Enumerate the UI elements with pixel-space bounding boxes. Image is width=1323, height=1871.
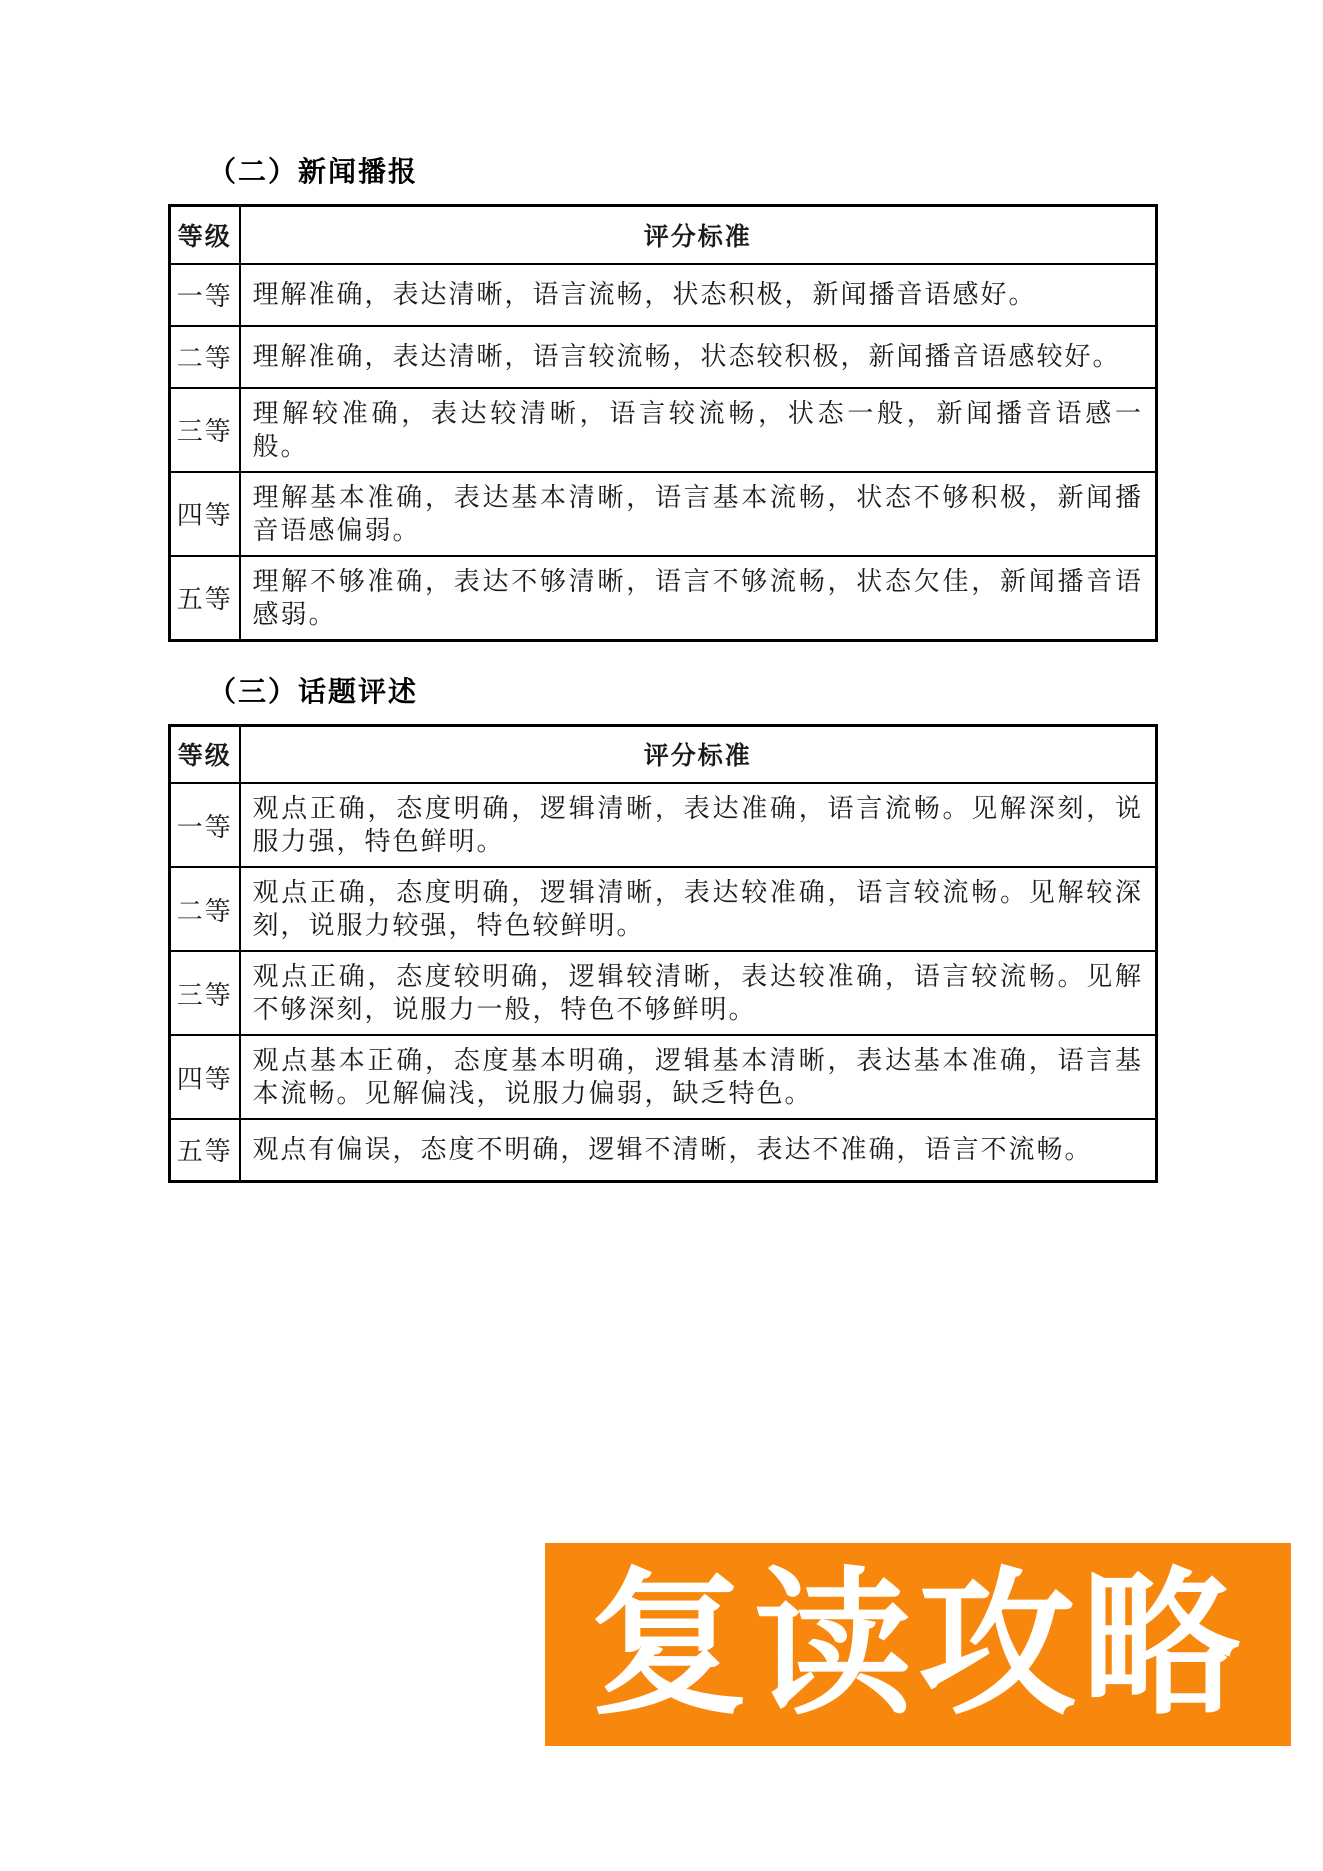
section-title-topic-commentary: （三）话题评述 [208,670,1158,710]
table-row: 五等 理解不够准确，表达不够清晰，语言不够流畅，状态欠佳，新闻播音语感弱。 [170,556,1157,641]
grade-cell: 一等 [170,264,240,326]
table-row: 五等 观点有偏误，态度不明确，逻辑不清晰，表达不准确，语言不流畅。 [170,1119,1157,1181]
grade-column-header: 等级 [170,206,240,264]
criteria-cell: 观点正确，态度明确，逻辑清晰，表达较准确，语言较流畅。见解较深刻，说服力较强，特… [240,867,1157,951]
grade-cell: 一等 [170,783,240,867]
table-row: 一等 观点正确，态度明确，逻辑清晰，表达准确，语言流畅。见解深刻，说服力强，特色… [170,783,1157,867]
table-row: 一等 理解准确，表达清晰，语言流畅，状态积极，新闻播音语感好。 [170,264,1157,326]
section-title-news-broadcast: （二）新闻播报 [208,150,1158,190]
table-row: 二等 理解准确，表达清晰，语言较流畅，状态较积极，新闻播音语感较好。 [170,326,1157,388]
grade-cell: 四等 [170,472,240,556]
criteria-cell: 理解基本准确，表达基本清晰，语言基本流畅，状态不够积极，新闻播音语感偏弱。 [240,472,1157,556]
table-header-row: 等级 评分标准 [170,725,1157,783]
grade-cell: 四等 [170,1035,240,1119]
criteria-cell: 观点基本正确，态度基本明确，逻辑基本清晰，表达基本准确，语言基本流畅。见解偏浅，… [240,1035,1157,1119]
grade-cell: 三等 [170,388,240,472]
promo-banner: 复读攻略 [545,1543,1291,1746]
criteria-column-header: 评分标准 [240,206,1157,264]
criteria-cell: 理解准确，表达清晰，语言流畅，状态积极，新闻播音语感好。 [240,264,1157,326]
grade-cell: 二等 [170,867,240,951]
promo-banner-text: 复读攻略 [590,1566,1246,1724]
criteria-cell: 观点正确，态度明确，逻辑清晰，表达准确，语言流畅。见解深刻，说服力强，特色鲜明。 [240,783,1157,867]
criteria-column-header: 评分标准 [240,725,1157,783]
criteria-cell: 理解准确，表达清晰，语言较流畅，状态较积极，新闻播音语感较好。 [240,326,1157,388]
criteria-cell: 观点有偏误，态度不明确，逻辑不清晰，表达不准确，语言不流畅。 [240,1119,1157,1181]
criteria-cell: 观点正确，态度较明确，逻辑较清晰，表达较准确，语言较流畅。见解不够深刻，说服力一… [240,951,1157,1035]
table-row: 二等 观点正确，态度明确，逻辑清晰，表达较准确，语言较流畅。见解较深刻，说服力较… [170,867,1157,951]
table-header-row: 等级 评分标准 [170,206,1157,264]
grade-cell: 三等 [170,951,240,1035]
table-row: 三等 理解较准确，表达较清晰，语言较流畅，状态一般，新闻播音语感一般。 [170,388,1157,472]
grade-cell: 五等 [170,556,240,641]
document-page: { "colors": { "banner_background": "#F78… [0,0,1323,1871]
news-broadcast-scoring-table: 等级 评分标准 一等 理解准确，表达清晰，语言流畅，状态积极，新闻播音语感好。 … [168,204,1158,642]
grade-column-header: 等级 [170,725,240,783]
criteria-cell: 理解不够准确，表达不够清晰，语言不够流畅，状态欠佳，新闻播音语感弱。 [240,556,1157,641]
criteria-cell: 理解较准确，表达较清晰，语言较流畅，状态一般，新闻播音语感一般。 [240,388,1157,472]
table-row: 四等 理解基本准确，表达基本清晰，语言基本流畅，状态不够积极，新闻播音语感偏弱。 [170,472,1157,556]
topic-commentary-scoring-table: 等级 评分标准 一等 观点正确，态度明确，逻辑清晰，表达准确，语言流畅。见解深刻… [168,724,1158,1183]
table-row: 三等 观点正确，态度较明确，逻辑较清晰，表达较准确，语言较流畅。见解不够深刻，说… [170,951,1157,1035]
table-row: 四等 观点基本正确，态度基本明确，逻辑基本清晰，表达基本准确，语言基本流畅。见解… [170,1035,1157,1119]
page-content: （二）新闻播报 等级 评分标准 一等 理解准确，表达清晰，语言流畅，状态积极，新… [168,150,1158,1183]
grade-cell: 二等 [170,326,240,388]
grade-cell: 五等 [170,1119,240,1181]
